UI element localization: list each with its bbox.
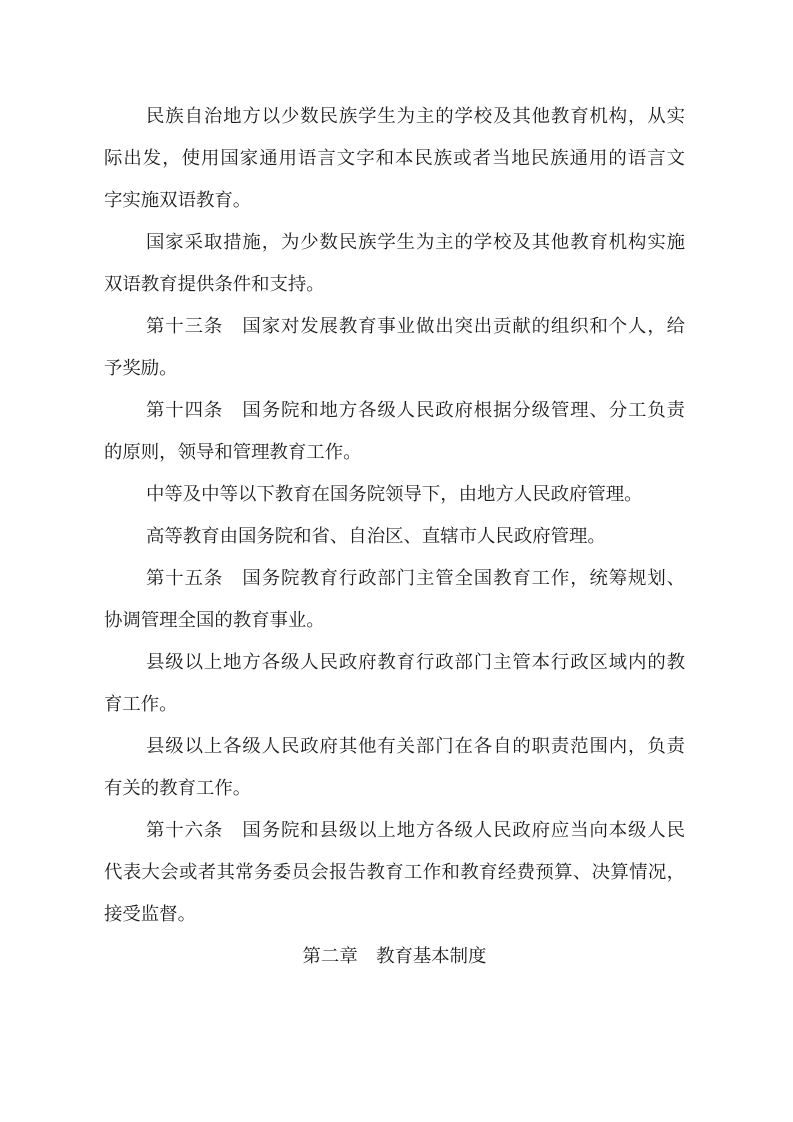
document-line: 第十三条 国家对发展教育事业做出突出贡献的组织和个人，给 (104, 305, 685, 347)
document-line: 第十五条 国务院教育行政部门主管全国教育工作，统筹规划、 (104, 557, 685, 599)
document-line: 县级以上各级人民政府其他有关部门在各自的职责范围内，负责 (104, 725, 685, 767)
document-line: 第十六条 国务院和县级以上地方各级人民政府应当向本级人民 (104, 809, 685, 851)
document-line: 的原则，领导和管理教育工作。 (104, 431, 685, 473)
document-line: 予奖励。 (104, 347, 685, 389)
document-line: 县级以上地方各级人民政府教育行政部门主管本行政区域内的教 (104, 641, 685, 683)
document-line: 协调管理全国的教育事业。 (104, 599, 685, 641)
chapter-heading: 第二章 教育基本制度 (104, 935, 685, 977)
document-line: 代表大会或者其常务委员会报告教育工作和教育经费预算、决算情况， (104, 851, 685, 893)
document-line: 双语教育提供条件和支持。 (104, 263, 685, 305)
document-line: 有关的教育工作。 (104, 767, 685, 809)
document-line: 际出发，使用国家通用语言文字和本民族或者当地民族通用的语言文 (104, 137, 685, 179)
document-line: 中等及中等以下教育在国务院领导下，由地方人民政府管理。 (104, 473, 685, 515)
document-line: 民族自治地方以少数民族学生为主的学校及其他教育机构，从实 (104, 95, 685, 137)
document-line: 接受监督。 (104, 893, 685, 935)
document-line: 高等教育由国务院和省、自治区、直辖市人民政府管理。 (104, 515, 685, 557)
document-line: 国家采取措施，为少数民族学生为主的学校及其他教育机构实施 (104, 221, 685, 263)
document-line: 字实施双语教育。 (104, 179, 685, 221)
document-page: 民族自治地方以少数民族学生为主的学校及其他教育机构，从实际出发，使用国家通用语言… (0, 0, 793, 1122)
document-body: 民族自治地方以少数民族学生为主的学校及其他教育机构，从实际出发，使用国家通用语言… (104, 95, 685, 977)
document-line: 育工作。 (104, 683, 685, 725)
document-line: 第十四条 国务院和地方各级人民政府根据分级管理、分工负责 (104, 389, 685, 431)
